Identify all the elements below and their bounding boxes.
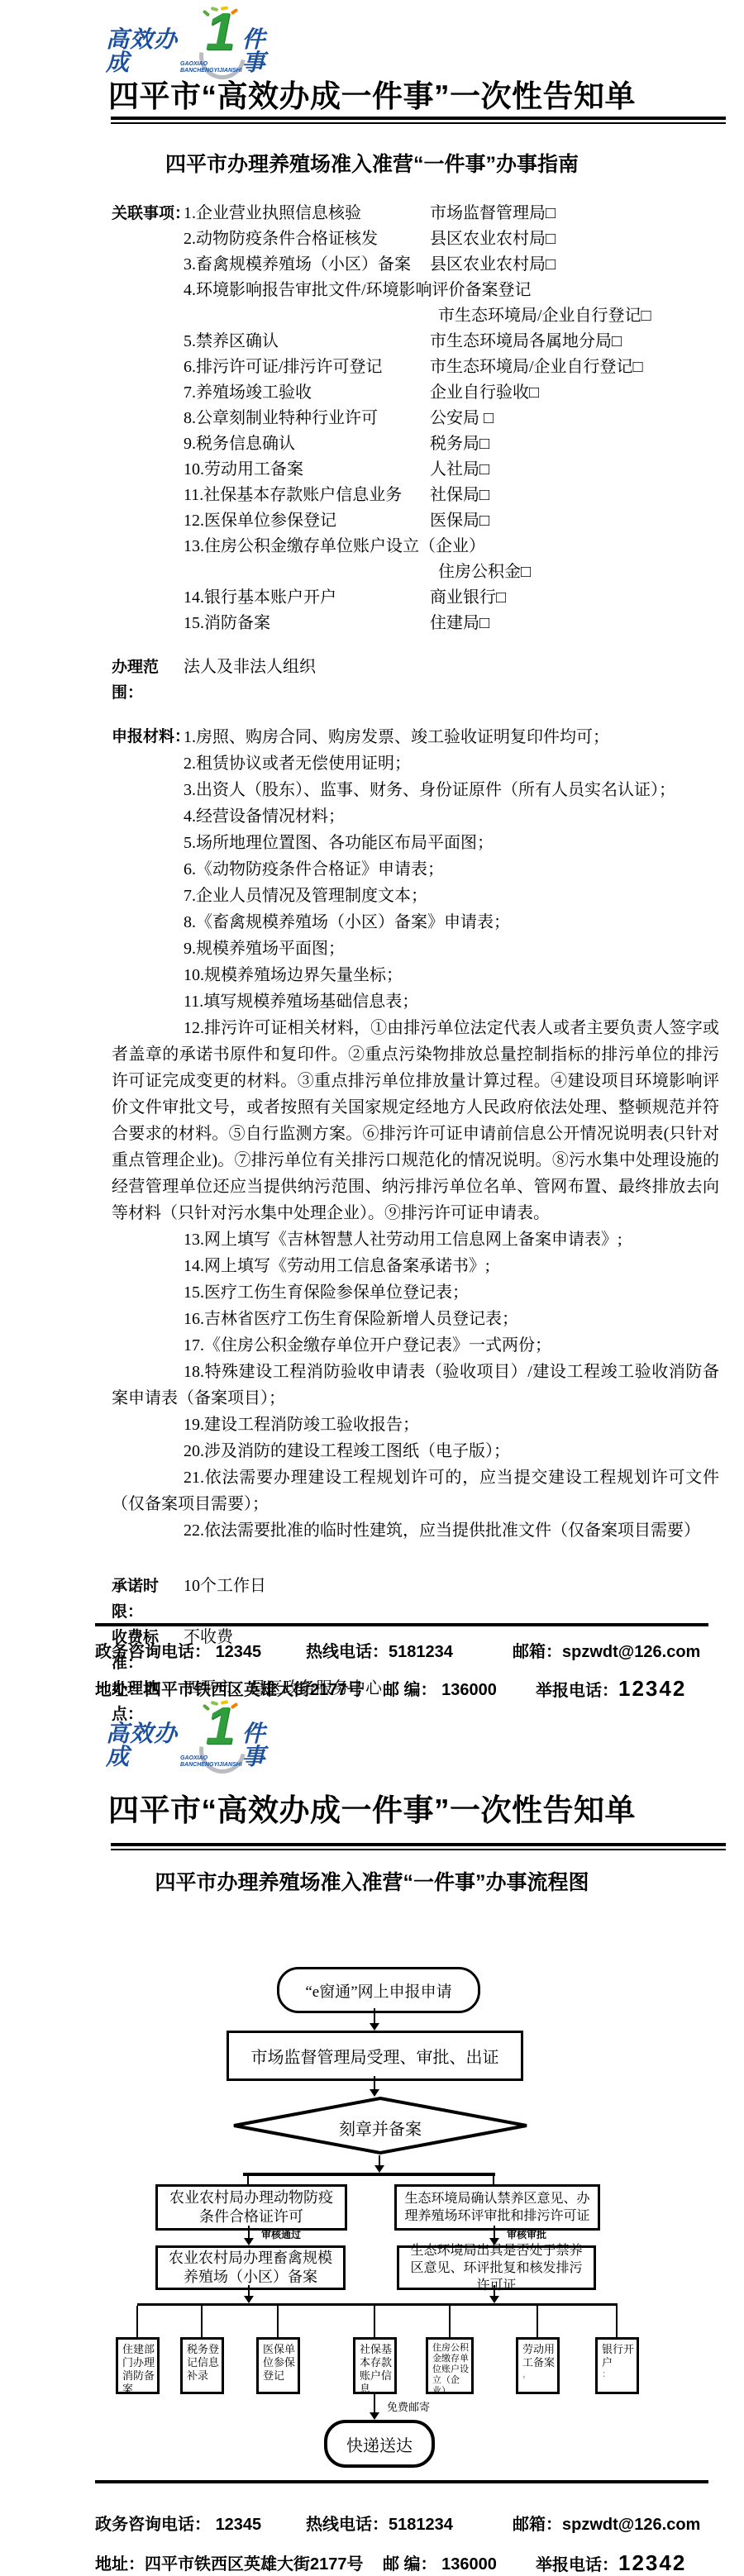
material-item: 12.排污许可证相关材料，①由排污单位法定代表人或者主要负责人签字或者盖章的承诺… (112, 1015, 719, 1226)
related-item-agency: 人社局□ (430, 457, 489, 483)
logo-number-one: 1 (206, 1699, 236, 1752)
related-item-agency: 医保局□ (430, 508, 489, 534)
title-double-rule (111, 1843, 726, 1850)
gaoxiao-logo: 高效办成 1 件事 GAOXIAO BANCHENGYIJIANSHI (106, 1704, 288, 1780)
split-stub-left (247, 2176, 249, 2184)
footer-contact-line: 政务咨询电话： 12345 热线电话：5181234 邮箱：spzwdt@126… (0, 1638, 744, 1663)
hotline-label: 热线电话： (306, 1643, 389, 1661)
scope-label: 办理范围： (112, 655, 184, 706)
postcode-label: 邮 编： (383, 2555, 437, 2574)
flow-end-text: 快递送达 (346, 2432, 413, 2456)
task-box-housing-fund: 住房公积金缴存单位账户设立（企业） (426, 2337, 474, 2394)
related-item-row: 4.环境影响报告审批文件/环境影响评价备案登记 (184, 278, 719, 303)
material-item: 3.出资人（股东）、监事、财务、身份证原件（所有人员实名认证）； (112, 777, 719, 803)
hotline-label: 热线电话： (306, 2516, 389, 2534)
split-connector (243, 2173, 495, 2176)
task-label: 社保基本存款账户信息 (360, 2343, 392, 2395)
related-item-name: 9.税务信息确认 (184, 431, 430, 457)
arrow-down-head (244, 2238, 254, 2245)
footer-rule (95, 2480, 708, 2483)
deadline-value: 10个工作日 (184, 1577, 266, 1595)
flow-review-text: 市场监督管理局受理、审批、出证 (251, 2044, 499, 2068)
report-phone-value: 12342 (618, 1676, 686, 1701)
related-item-row: 住房公积金□ (184, 559, 719, 585)
logo-subtext: GAOXIAO BANCHENGYIJIANSHI (180, 1755, 288, 1769)
page1-body: 关联事项： 1.企业营业执照信息核验市场监督管理局□ 2.动物防疫条件合格证核发… (112, 201, 719, 1727)
flow-start-node: “e窗通”网上申报申请 (277, 1967, 480, 2013)
task-stub (201, 2306, 203, 2337)
task-label: 银行开户 (602, 2343, 634, 2369)
email: 邮箱：spzwdt@126.com (513, 2511, 700, 2535)
related-item-row: 15.消防备案住建局□ (184, 611, 719, 636)
related-item-agency: 企业自行验收□ (430, 380, 539, 406)
flow-decision-text: 刻章并备案 (231, 2116, 530, 2140)
related-item-agency: 市场监督管理局□ (430, 201, 556, 226)
related-item-row: 2.动物防疫条件合格证核发县区农业农村局□ (184, 226, 719, 252)
task-label: 住房公积金缴存单位账户设立（企业） (432, 2343, 469, 2396)
material-item: 22.依法需要批准的临时性建筑，应当提供批准文件（仅备案项目需要） (112, 1517, 719, 1544)
consult-phone-label: 政务咨询电话： (95, 1643, 211, 1661)
task-box-tax-info: 税务登记信息补录 (180, 2337, 224, 2394)
related-item-row: 市生态环境局/企业自行登记□ (184, 303, 719, 329)
related-item-row: 14.银行基本账户开户商业银行□ (184, 585, 719, 611)
related-item-agency: 商业银行□ (430, 585, 506, 611)
email-value: spzwdt@126.com (562, 1643, 700, 1661)
related-item-agency: 住建局□ (430, 611, 489, 636)
postcode: 邮 编： 136000 (383, 2550, 497, 2574)
logo-number-one: 1 (206, 5, 236, 58)
flow-left-step2: 农业农村局办理畜禽规模养殖场（小区）备案 (155, 2245, 346, 2290)
related-item-name: 15.消防备案 (184, 611, 430, 636)
related-item-row: 3.畜禽规模养殖场（小区）备案县区农业农村局□ (184, 252, 719, 278)
right-arrow-label: 审核审批 (507, 2227, 546, 2241)
related-item-agency: 公安局 □ (430, 406, 494, 431)
related-item-agency: 税务局□ (430, 431, 489, 457)
flow-right-step1: 生态环境局确认禁养区意见、办理养殖场环评审批和排污许可证 (394, 2184, 600, 2231)
document-page: { "logo": { "text_left": "高效办成", "number… (0, 0, 744, 2574)
material-item: 16.吉林省医疗工伤生育保险新增人员登记表； (112, 1306, 719, 1332)
related-item-name: 8.公章刻制业特种行业许可 (184, 406, 430, 431)
mail-label: 免费邮寄 (387, 2398, 430, 2414)
report-phone: 举报电话：12342 (536, 1676, 686, 1702)
related-item-row: 13.住房公积金缴存单位账户设立（企业） (184, 534, 719, 559)
material-item: 18.特殊建设工程消防验收申请表（验收项目）/建设工程竣工验收消防备案申请表（备… (112, 1359, 719, 1412)
logo-subtext-line1: GAOXIAO (180, 61, 207, 67)
address-value: 四平市铁西区英雄大街2177号 (145, 1681, 364, 1699)
related-item-name: 10.劳动用工备案 (184, 457, 430, 483)
email-value: spzwdt@126.com (562, 2516, 700, 2534)
logo-subtext-line2: BANCHENGYIJIANSHI (180, 1762, 242, 1768)
related-item-row: 11.社保基本存款账户信息业务社保局□ (184, 483, 719, 508)
related-item-name: 2.动物防疫条件合格证核发 (184, 226, 430, 252)
report-phone-value: 12342 (618, 2550, 686, 2575)
task-label: 住建部门办理消防备案 (122, 2343, 155, 2395)
postcode-value: 136000 (441, 1681, 497, 1699)
related-item-row: 6.排污许可证/排污许可登记市生态环境局/企业自行登记□ (184, 355, 719, 380)
task-box-medical-insurance: 医保单位参保登记 (256, 2337, 300, 2394)
material-item: 8.《畜禽规模养殖场（小区）备案》申请表； (112, 909, 719, 936)
page2-title: 四平市“高效办成一件事”一次性告知单 (0, 1785, 744, 1830)
page1-subtitle: 四平市办理养殖场准入准营“一件事”办事指南 (0, 148, 744, 178)
postcode-value: 136000 (441, 2555, 497, 2574)
material-item: 10.规模养殖场边界矢量坐标； (112, 962, 719, 988)
related-item-row: 1.企业营业执照信息核验市场监督管理局□ (184, 201, 719, 226)
deadline-label: 承诺时限： (112, 1574, 184, 1625)
split-stub-right (493, 2176, 494, 2184)
related-item-row: 5.禁养区确认市生态环境局各属地分局□ (184, 329, 719, 355)
footer-contact-line: 政务咨询电话： 12345 热线电话：5181234 邮箱：spzwdt@126… (0, 2511, 744, 2536)
arrow-down-head (370, 2023, 379, 2031)
arrow-down-line (374, 2076, 375, 2089)
footer-rule (95, 1623, 708, 1626)
report-phone: 举报电话：12342 (536, 2550, 686, 2576)
material-item: 7.企业人员情况及管理制度文本； (112, 883, 719, 909)
related-item-name: 5.禁养区确认 (184, 329, 430, 355)
flow-left-step1-text: 农业农村局办理动物防疫条件合格证许可 (158, 2187, 345, 2228)
task-label: 劳动用工备案 (522, 2343, 555, 2369)
related-item-agency: 市生态环境局各属地分局□ (430, 329, 622, 355)
footer-address-line: 地址：四平市铁西区英雄大街2177号 邮 编： 136000 举报电话：1234… (0, 2550, 744, 2575)
logo-subtext-line1: GAOXIAO (180, 1755, 207, 1761)
task-stub (449, 2306, 451, 2337)
arrow-down-head (244, 2296, 254, 2303)
related-items-section: 关联事项： 1.企业营业执照信息核验市场监督管理局□ 2.动物防疫条件合格证核发… (112, 201, 719, 636)
flow-right-step1-text: 生态环境局确认禁养区意见、办理养殖场环评审批和排污许可证 (397, 2188, 598, 2226)
report-phone-label: 举报电话： (536, 2556, 618, 2574)
postcode: 邮 编： 136000 (383, 1676, 497, 1700)
consult-phone: 政务咨询电话： 12345 (95, 2511, 261, 2535)
material-item: 19.建设工程消防竣工验收报告； (112, 1412, 719, 1438)
task-label: 医保单位参保登记 (263, 2343, 295, 2382)
material-item: 20.涉及消防的建设工程竣工图纸（电子版）； (112, 1438, 719, 1464)
related-item-row: 10.劳动用工备案人社局□ (184, 457, 719, 483)
hotline-value: 5181234 (389, 1643, 453, 1661)
related-item-name: 1.企业营业执照信息核验 (184, 201, 430, 226)
consult-phone: 政务咨询电话： 12345 (95, 1638, 261, 1662)
task-box-fire-record: 住建部门办理消防备案 (116, 2337, 160, 2394)
task-stub (537, 2306, 538, 2337)
arrow-down-line (494, 2285, 495, 2297)
arrow-down-head (370, 2412, 379, 2420)
task-note: ， (522, 2369, 555, 2379)
footer-address-line: 地址：四平市铁西区英雄大街2177号 邮 编： 136000 举报电话：1234… (0, 1676, 744, 1701)
hotline-value: 5181234 (389, 2516, 453, 2534)
hotline-phone: 热线电话：5181234 (306, 2511, 453, 2535)
materials-label: 申报材料： (112, 724, 190, 750)
related-item-row: 12.医保单位参保登记医保局□ (184, 508, 719, 534)
related-item-name: 11.社保基本存款账户信息业务 (184, 483, 430, 508)
address-label: 地址： (95, 2555, 145, 2574)
related-item-name: 14.银行基本账户开户 (184, 585, 430, 611)
email: 邮箱：spzwdt@126.com (513, 1638, 700, 1662)
task-box-bank-account: 银行开户： (595, 2337, 639, 2394)
arrow-down-line (379, 2155, 380, 2165)
materials-section: 申报材料： 1.房照、购房合同、购房发票、竣工验收证明复印件均可； 2.租赁协议… (112, 724, 719, 1544)
email-label: 邮箱： (513, 2516, 562, 2534)
related-item-name: 13.住房公积金缴存单位账户设立（企业） (184, 534, 485, 559)
email-label: 邮箱： (513, 1643, 562, 1661)
page2-subtitle: 四平市办理养殖场准入准营“一件事”办事流程图 (0, 1866, 744, 1896)
related-item-name: 12.医保单位参保登记 (184, 508, 430, 534)
task-stub (374, 2306, 375, 2337)
flow-right-step2: 生态环境局出具是否处于禁养区意见、环评批复和核发排污许可证 (397, 2245, 596, 2290)
material-item: 11.填写规模养殖场基础信息表； (112, 988, 719, 1015)
arrow-down-head (374, 2165, 384, 2173)
address: 地址：四平市铁西区英雄大街2177号 (95, 2550, 364, 2574)
deadline-row: 承诺时限：10个工作日 (112, 1574, 719, 1625)
page1-title: 四平市“高效办成一件事”一次性告知单 (0, 71, 744, 116)
consult-phone-value: 12345 (216, 2516, 262, 2534)
related-item-row: 8.公章刻制业特种行业许可公安局 □ (184, 406, 719, 431)
related-item-name: 7.养殖场竣工验收 (184, 380, 430, 406)
material-item: 5.场所地理位置图、各功能区布局平面图； (112, 830, 719, 856)
task-stub (616, 2306, 618, 2337)
material-item: 17.《住房公积金缴存单位开户登记表》一式两份； (112, 1332, 719, 1359)
scope-value: 法人及非法人组织 (184, 658, 316, 676)
hotline-phone: 热线电话：5181234 (306, 1638, 453, 1662)
arrow-down-line (248, 2226, 250, 2238)
flow-left-step2-text: 农业农村局办理畜禽规模养殖场（小区）备案 (158, 2247, 343, 2288)
consult-phone-value: 12345 (216, 1643, 262, 1661)
flow-left-step1: 农业农村局办理动物防疫条件合格证许可 (155, 2184, 347, 2231)
task-box-social-security: 社保基本存款账户信息 (353, 2337, 397, 2394)
task-box-labor-record: 劳动用工备案， (516, 2337, 560, 2394)
related-item-agency: 市生态环境局/企业自行登记□ (438, 303, 651, 329)
material-item: 9.规模养殖场平面图； (112, 936, 719, 962)
postcode-label: 邮 编： (383, 1681, 437, 1699)
material-item: 21.依法需要办理建设工程规划许可的，应当提交建设工程规划许可文件（仅备案项目需… (112, 1464, 719, 1517)
address-label: 地址： (95, 1681, 145, 1699)
arrow-down-line (374, 2008, 375, 2023)
related-item-agency: 住房公积金□ (438, 559, 531, 585)
related-item-name: 6.排污许可证/排污许可登记 (184, 355, 430, 380)
consult-phone-label: 政务咨询电话： (95, 2516, 211, 2534)
arrow-down-head (489, 2296, 499, 2303)
related-item-agency: 县区农业农村局□ (430, 226, 556, 252)
flow-right-step2-text: 生态环境局出具是否处于禁养区意见、环评批复和核发排污许可证 (399, 2240, 594, 2296)
task-stub (277, 2306, 279, 2337)
flow-decision-node: 刻章并备案 (231, 2096, 530, 2155)
related-item-row: 9.税务信息确认税务局□ (184, 431, 719, 457)
related-item-row: 7.养殖场竣工验收企业自行验收□ (184, 380, 719, 406)
material-item: 2.租赁协议或者无偿使用证明； (112, 750, 719, 777)
material-item: 1.房照、购房合同、购房发票、竣工验收证明复印件均可； (112, 724, 719, 750)
bus-connector (137, 2303, 618, 2306)
arrow-down-line (374, 2394, 375, 2412)
flow-end-node: 快递送达 (324, 2420, 435, 2468)
arrow-down-line (248, 2285, 250, 2297)
material-item: 6.《动物防疫条件合格证》申请表； (112, 856, 719, 883)
related-item-agency: 市生态环境局/企业自行登记□ (430, 355, 643, 380)
flow-start-text: “e窗通”网上申报申请 (305, 1979, 451, 2002)
related-item-name: 3.畜禽规模养殖场（小区）备案 (184, 252, 430, 278)
material-item: 15.医疗工伤生育保险参保单位登记表； (112, 1279, 719, 1306)
related-items-label: 关联事项： (112, 201, 190, 226)
title-double-rule (111, 117, 726, 124)
material-item: 4.经营设备情况材料； (112, 803, 719, 830)
material-item: 14.网上填写《劳动用工信息备案承诺书》; (112, 1253, 719, 1279)
flow-review-node: 市场监督管理局受理、审批、出证 (227, 2031, 523, 2081)
report-phone-label: 举报电话： (536, 1682, 618, 1700)
scope-section: 办理范围：法人及非法人组织 (112, 655, 719, 706)
material-item: 13.网上填写《吉林智慧人社劳动用工信息网上备案申请表》; (112, 1226, 719, 1253)
address-value: 四平市铁西区英雄大街2177号 (145, 2555, 364, 2574)
left-arrow-label: 审核通过 (261, 2227, 301, 2241)
related-item-agency: 县区农业农村局□ (430, 252, 556, 278)
task-stub (136, 2306, 138, 2337)
task-note: ： (602, 2369, 634, 2379)
arrow-down-line (494, 2226, 495, 2238)
related-item-agency: 社保局□ (430, 483, 489, 508)
related-item-name: 4.环境影响报告审批文件/环境影响评价备案登记 (184, 278, 532, 303)
task-label: 税务登记信息补录 (187, 2343, 219, 2382)
